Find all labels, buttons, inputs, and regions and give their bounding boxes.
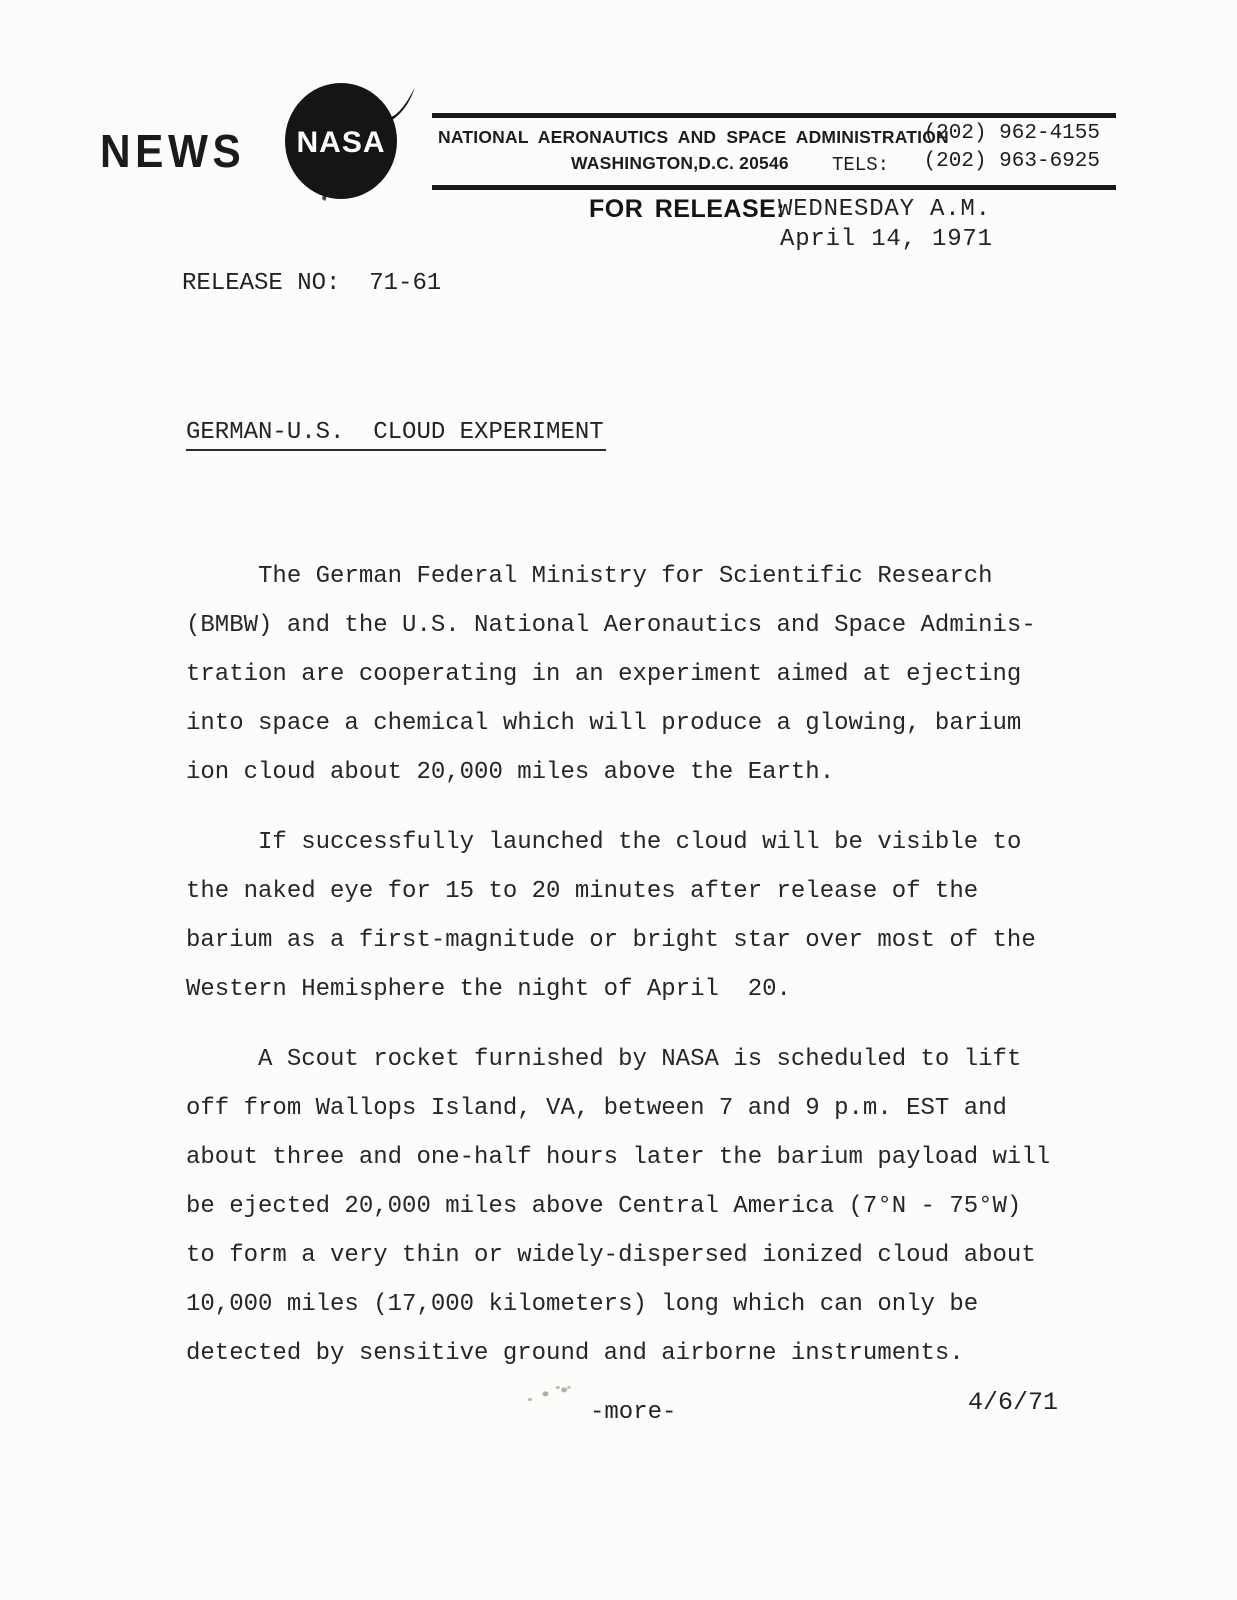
scan-smudge-mark <box>528 1398 532 1401</box>
news-masthead-label: NEWS <box>100 124 245 178</box>
agency-address-text: WASHINGTON,D.C. 20546 <box>571 153 789 174</box>
phone-number-1: (202) 962-4155 <box>924 122 1100 145</box>
news-release-page: NEWS NASA NATIONAL AERONAUTICS AND SPACE… <box>0 0 1237 1600</box>
document-body: The German Federal Ministry for Scientif… <box>186 552 1066 1399</box>
body-paragraph: The German Federal Ministry for Scientif… <box>186 552 1066 797</box>
tels-label: TELS: <box>832 154 889 176</box>
for-release-label: FOR RELEASE: <box>589 195 785 224</box>
more-continuation-label: -more- <box>590 1399 676 1426</box>
phone-number-2: (202) 963-6925 <box>924 150 1100 173</box>
body-paragraph: A Scout rocket furnished by NASA is sche… <box>186 1035 1066 1378</box>
release-date-text: April 14, 1971 <box>780 226 993 253</box>
footer-date-stamp: 4/6/71 <box>968 1388 1058 1417</box>
release-number-line: RELEASE NO: 71-61 <box>182 270 441 297</box>
document-title: GERMAN-U.S. CLOUD EXPERIMENT <box>186 419 606 451</box>
body-paragraph: If successfully launched the cloud will … <box>186 818 1066 1014</box>
agency-name-text: NATIONAL AERONAUTICS AND SPACE ADMINISTR… <box>438 127 949 148</box>
nasa-logo-text: NASA <box>296 126 385 159</box>
release-time-text: WEDNESDAY A.M. <box>778 196 991 223</box>
nasa-logo-icon: NASA <box>284 79 420 205</box>
agency-header-box: NATIONAL AERONAUTICS AND SPACE ADMINISTR… <box>432 113 1116 190</box>
